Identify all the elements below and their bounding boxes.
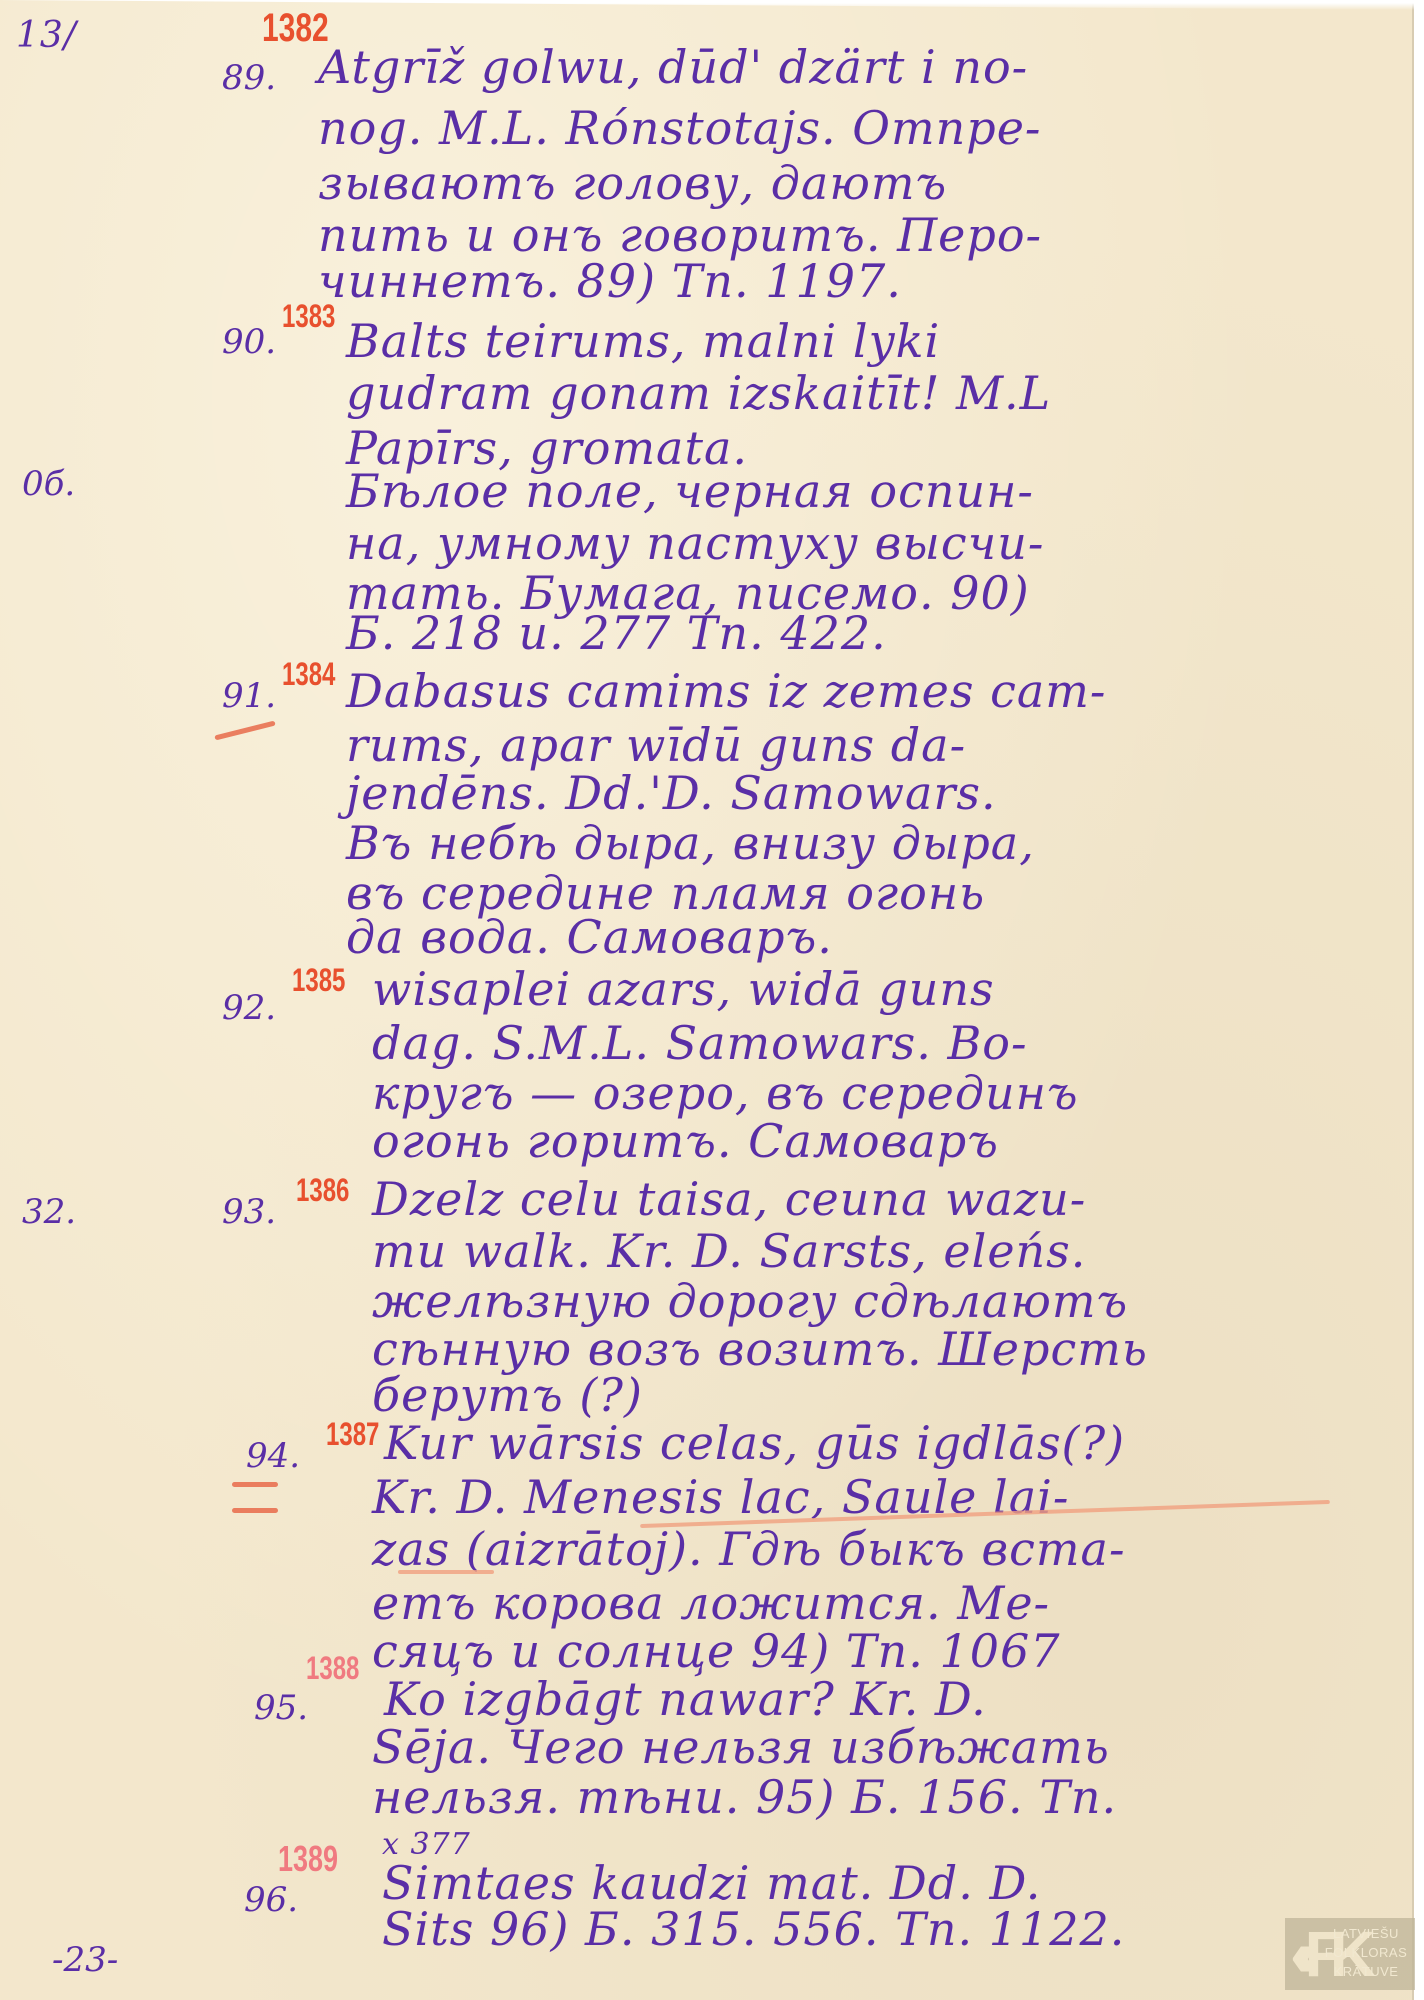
logo-line: FOLKLORAS (1320, 1943, 1412, 1962)
entry-line: Dzelz celu taisa, ceuna wazu- (372, 1176, 1086, 1222)
entry-line: zas (aizrātoj). Гдѣ быкъ вста- (372, 1526, 1126, 1572)
entry-number: 91. (222, 676, 276, 716)
entry-line: Б. 218 и. 277 Тп. 422. (346, 610, 887, 656)
entry-line: Dabasus camims iz zemes cam- (346, 668, 1106, 714)
entry-line: зываютъ голову, даютъ (318, 160, 947, 206)
entry-number: 96. (244, 1880, 298, 1920)
entry-line: етъ корова ложится. Ме- (372, 1580, 1050, 1626)
entry-line: кругъ — озеро, въ серединъ (372, 1070, 1079, 1116)
archive-id-1383: 1383 (282, 298, 335, 335)
entry-line: огонь горитъ. Самоваръ (372, 1118, 999, 1164)
entry-line: mu walk. Kr. D. Sarsts, eleńs. (372, 1228, 1086, 1274)
entry-line: пить и онъ говоритъ. Перо- (318, 212, 1042, 258)
entry-number: 94. (246, 1436, 300, 1476)
entry-number: 90. (222, 322, 276, 362)
entry-line: wisaplei azars, widā guns (372, 966, 995, 1012)
archive-id-1385: 1385 (292, 962, 345, 999)
entry-line: Въ небѣ дыра, внизу дыра, (346, 820, 1035, 866)
entry-line: Sēja. Чего нельзя избѣжать (372, 1724, 1110, 1770)
entry-number: 92. (222, 988, 276, 1028)
entry-line: Sits 96) Б. 315. 556. Тп. 1122. (382, 1906, 1125, 1952)
margin-note: 32. (22, 1192, 76, 1232)
entry-line: сяцъ и солнце 94) Тп. 1067 (372, 1628, 1061, 1674)
entry-line: на, умному пастуху высчи- (346, 520, 1044, 566)
entry-line: Simtaes kaudzi mat. Dd. D. (382, 1860, 1041, 1906)
entry-line: dag. S.M.L. Samowars. Во- (372, 1020, 1028, 1066)
entry-line: да вода. Самоваръ. (346, 914, 833, 960)
archive-id-1387: 1387 (326, 1416, 379, 1453)
archive-id-1389: 1389 (278, 1838, 338, 1880)
red-double-dash-mark (232, 1508, 278, 1513)
logo-line: KRĀTUVE (1320, 1962, 1412, 1981)
entry-line: gudram gonam izskaitīt! M.L (346, 370, 1051, 416)
entry-line: jendēns. Dd.'D. Samowars. (346, 770, 997, 816)
entry-line: Atgrīž golwu, dūd' dzärt i no- (318, 44, 1028, 90)
entry-line: Balts teirums, malni lyki (346, 318, 940, 364)
entry-line: rums, apar wīdū guns da- (346, 722, 966, 768)
archive-id-1386: 1386 (296, 1172, 349, 1209)
entry-line: Ko izgbāgt nawar? Kr. D. (384, 1676, 987, 1722)
margin-note: 0б. (22, 464, 75, 504)
entry-number: 93. (222, 1192, 276, 1232)
entry-line: сѣнную возъ возитъ. Шерсть (372, 1326, 1148, 1372)
logo-text: LATVIEŠU FOLKLORAS KRĀTUVE (1320, 1924, 1412, 1981)
entry-line: желѣзную дорогу сдѣлаютъ (372, 1278, 1128, 1324)
page-mark: 13/ (16, 18, 77, 54)
archive-id-1384: 1384 (282, 656, 335, 693)
page-number: -23- (52, 1940, 118, 1980)
entry-line: берутъ (?) (372, 1372, 643, 1418)
entry-line: Kur wārsis celas, gūs igdlās(?) (384, 1420, 1125, 1466)
entry-line: нельзя. тѣни. 95) Б. 156. Тп. (372, 1774, 1117, 1820)
entry-line: nog. M.L. Rónstotajs. Отпре- (318, 105, 1041, 151)
red-underline (398, 1570, 494, 1574)
entry-line: Бѣлое поле, черная оспин- (346, 468, 1034, 514)
archive-id-1388: 1388 (306, 1650, 359, 1687)
entry-line: чиннетъ. 89) Тп. 1197. (318, 258, 902, 304)
logo-line: LATVIEŠU (1320, 1924, 1412, 1943)
entry-number: 89. (222, 58, 276, 98)
entry-number: 95. (254, 1688, 308, 1728)
red-double-dash-mark (232, 1482, 278, 1487)
